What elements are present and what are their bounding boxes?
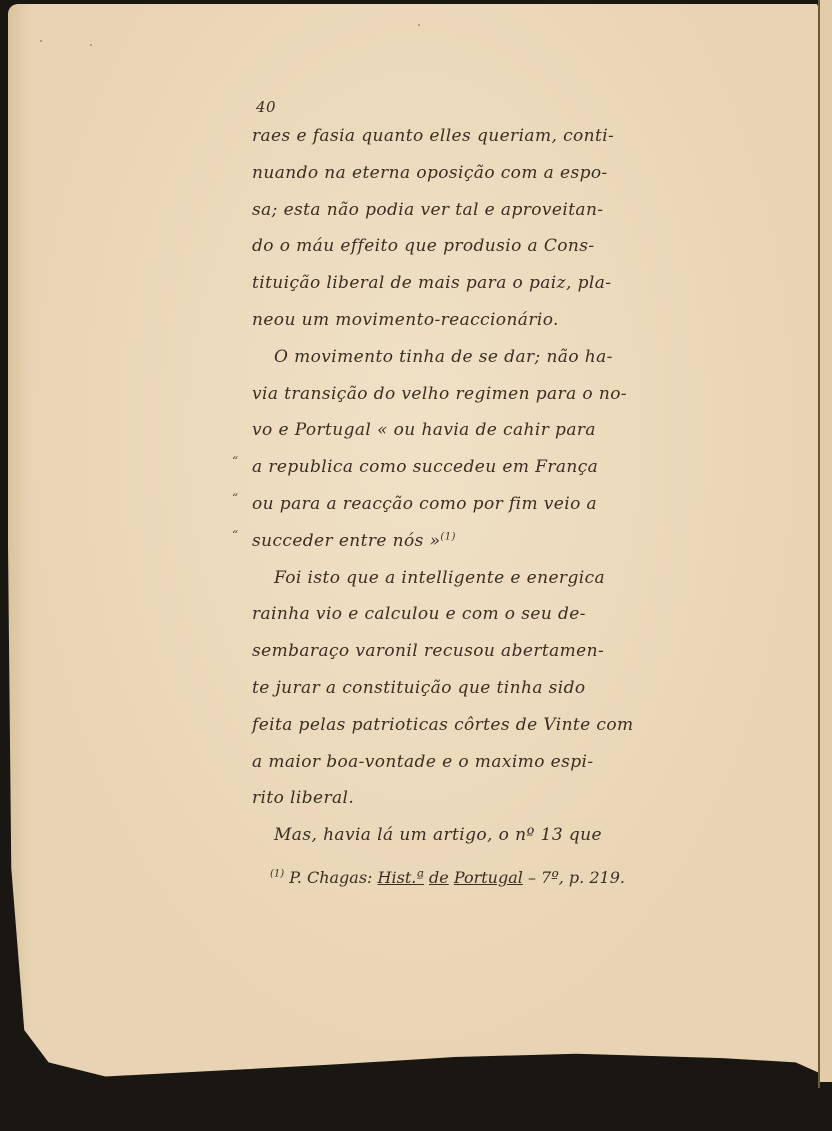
text-line: do o máu effeito que produsio a Cons-	[252, 228, 712, 265]
text-line-quoted: “ou para a reacção como por fim veio a	[252, 486, 712, 523]
text-line: neou um movimento-reaccionário.	[252, 302, 712, 339]
text-line-paragraph-start: Mas, havia lá um artigo, o nº 13 que	[252, 817, 712, 854]
line-text: sembaraço varonil recusou abertamen-	[252, 641, 604, 661]
line-text: ou para a reacção como por fim veio a	[252, 494, 597, 514]
footnote-citation: – 7º, p. 219.	[528, 868, 625, 887]
text-line: sa; esta não podia ver tal e aproveitan-	[252, 192, 712, 229]
text-line-quoted: “a republica como succedeu em França	[252, 449, 712, 486]
footnote-title: Portugal	[454, 868, 523, 887]
text-line: rainha vio e calculou e com o seu de-	[252, 596, 712, 633]
footnote-title: Hist.ª	[378, 868, 424, 887]
text-line: tituição liberal de mais para o paiz, pl…	[252, 265, 712, 302]
text-line: a maior boa-vontade e o maximo espi-	[252, 744, 712, 781]
text-line: sembaraço varonil recusou abertamen-	[252, 633, 712, 670]
footnote-reference: (1)	[440, 531, 455, 542]
text-line-quoted: “succeder entre nós »(1)	[252, 523, 712, 560]
text-line: nuando na eterna oposição com a espo-	[252, 155, 712, 192]
line-text: tituição liberal de mais para o paiz, pl…	[252, 273, 611, 293]
line-text: raes e fasia quanto elles queriam, conti…	[252, 126, 614, 146]
text-line: rito liberal.	[252, 780, 712, 817]
line-text: sa; esta não podia ver tal e aproveitan-	[252, 200, 603, 220]
footnote-author: P. Chagas:	[289, 868, 372, 887]
line-text: feita pelas patrioticas côrtes de Vinte …	[252, 715, 634, 735]
quote-mark: “	[232, 480, 239, 517]
page-number: 40	[256, 96, 712, 118]
paper-speck	[418, 24, 420, 26]
quote-mark: “	[232, 517, 239, 554]
line-text: vo e Portugal « ou havia de cahir para	[252, 420, 596, 440]
adjacent-page-edge	[820, 0, 832, 1082]
line-text: O movimento tinha de se dar; não ha-	[274, 347, 613, 367]
text-line: te jurar a constituição que tinha sido	[252, 670, 712, 707]
footnote-title: de	[429, 868, 449, 887]
text-line-paragraph-start: O movimento tinha de se dar; não ha-	[252, 339, 712, 376]
paper-speck	[90, 44, 92, 46]
manuscript-body: 40 raes e fasia quanto elles queriam, co…	[252, 96, 712, 854]
binding-edge	[818, 0, 820, 1088]
text-line: via transição do velho regimen para o no…	[252, 376, 712, 413]
line-text: do o máu effeito que produsio a Cons-	[252, 236, 595, 256]
line-text: succeder entre nós »	[252, 531, 440, 551]
text-line: raes e fasia quanto elles queriam, conti…	[252, 118, 712, 155]
text-line: feita pelas patrioticas côrtes de Vinte …	[252, 707, 712, 744]
line-text: rito liberal.	[252, 788, 354, 808]
line-text: via transição do velho regimen para o no…	[252, 384, 627, 404]
quote-mark: “	[232, 443, 239, 480]
scanned-page: 40 raes e fasia quanto elles queriam, co…	[0, 0, 832, 1131]
line-text: nuando na eterna oposição com a espo-	[252, 163, 608, 183]
line-text: a republica como succedeu em França	[252, 457, 598, 477]
paper-speck	[40, 40, 42, 42]
line-text: a maior boa-vontade e o maximo espi-	[252, 752, 593, 772]
footnote-marker: (1)	[270, 869, 284, 880]
text-line-paragraph-start: Foi isto que a intelligente e energica	[252, 560, 712, 597]
line-text: te jurar a constituição que tinha sido	[252, 678, 586, 698]
line-text: Foi isto que a intelligente e energica	[274, 568, 605, 588]
line-text: neou um movimento-reaccionário.	[252, 310, 559, 330]
line-text: Mas, havia lá um artigo, o nº 13 que	[274, 825, 602, 845]
text-line: vo e Portugal « ou havia de cahir para	[252, 412, 712, 449]
line-text: rainha vio e calculou e com o seu de-	[252, 604, 586, 624]
footnote: (1) P. Chagas: Hist.ª de Portugal – 7º, …	[270, 868, 625, 887]
